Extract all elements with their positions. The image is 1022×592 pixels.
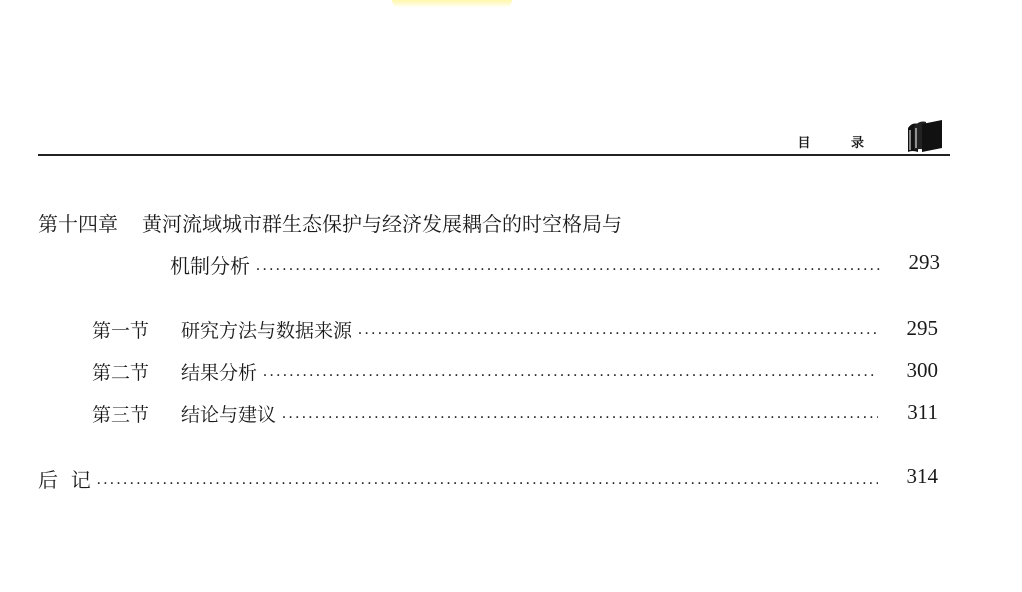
chapter-title-line1: 黄河流域城市群生态保护与经济发展耦合的时空格局与 [142, 208, 622, 237]
book-stack-icon [904, 118, 944, 154]
page-number: 300 [907, 358, 939, 383]
toc-chapter-entry[interactable]: 机制分析 293 [170, 250, 940, 279]
section-title: 结果分析 [181, 358, 257, 385]
toc-section-entry[interactable]: 第二节 结果分析 300 [92, 358, 938, 385]
dot-leader [256, 258, 880, 274]
section-label: 第三节 [92, 400, 149, 427]
section-title: 研究方法与数据来源 [181, 316, 352, 343]
chapter-title-line2: 机制分析 [170, 250, 250, 279]
page-number: 314 [907, 464, 939, 489]
section-label: 第二节 [92, 358, 149, 385]
highlighter-mark [392, 0, 512, 8]
page-number: 295 [907, 316, 939, 341]
dot-leader [282, 406, 878, 422]
toc-section-entry[interactable]: 第三节 结论与建议 311 [92, 400, 938, 427]
page-number: 311 [907, 400, 938, 425]
running-header: 目 录 [38, 118, 950, 156]
section-title: 结论与建议 [181, 400, 276, 427]
dot-leader [97, 472, 878, 488]
dot-leader [358, 322, 878, 338]
page-number: 293 [909, 250, 941, 275]
toc-postscript-entry[interactable]: 后 记 314 [38, 464, 938, 493]
dot-leader [263, 364, 878, 380]
postscript-label: 后 记 [38, 464, 91, 493]
section-label: 第一节 [92, 316, 149, 343]
toc-chapter-heading[interactable]: 第十四章 黄河流域城市群生态保护与经济发展耦合的时空格局与 [38, 208, 622, 237]
chapter-label: 第十四章 [38, 208, 118, 237]
toc-section-entry[interactable]: 第一节 研究方法与数据来源 295 [92, 316, 938, 343]
header-title: 目 录 [797, 132, 882, 151]
